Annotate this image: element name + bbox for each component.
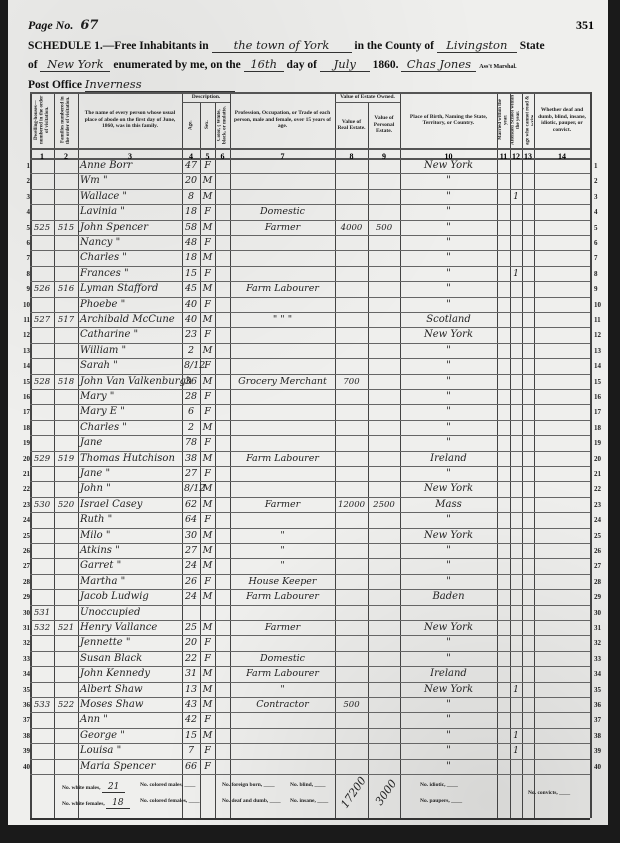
school-mark: 1	[512, 683, 520, 697]
age: 78	[184, 436, 198, 450]
person-name: Phoebe "	[80, 298, 180, 312]
sex: F	[202, 467, 213, 481]
row-number: 29	[10, 593, 30, 601]
row-number: 38	[10, 732, 30, 740]
post-office-line: Post Office Inverness	[28, 77, 235, 92]
sex: M	[202, 559, 213, 573]
dwelling-number: 529	[32, 452, 52, 466]
sex: F	[202, 205, 213, 219]
person-name: Albert Shaw	[80, 683, 180, 697]
personal-estate-value: 500	[370, 221, 398, 235]
column-header-11: Married within the year.	[498, 94, 509, 146]
row-number: 21	[10, 470, 30, 478]
row-number: 30	[10, 609, 30, 617]
row-number: 9	[594, 285, 614, 293]
row-number: 22	[594, 485, 614, 493]
birthplace: Ireland	[402, 452, 495, 466]
birthplace: "	[402, 251, 495, 265]
family-number: 521	[56, 621, 76, 635]
sex: F	[202, 436, 213, 450]
header-rule	[30, 148, 590, 150]
birthplace: "	[402, 760, 495, 774]
month-field: July	[320, 57, 370, 72]
row-number: 15	[10, 378, 30, 386]
column-header-12: Attended School within the year.	[511, 94, 521, 146]
row-number: 26	[10, 547, 30, 555]
column-rule	[534, 92, 535, 818]
person-name: Garret "	[80, 559, 180, 573]
row-number: 37	[594, 716, 614, 724]
age: 47	[184, 159, 198, 173]
row-number: 28	[10, 578, 30, 586]
birthplace: Scotland	[402, 313, 495, 327]
school-mark: 1	[512, 267, 520, 281]
person-name: Unoccupied	[80, 606, 180, 620]
sex: M	[202, 544, 213, 558]
occupation: House Keeper	[232, 575, 333, 589]
person-name: Wm "	[80, 174, 180, 188]
person-name: Henry Vallance	[80, 621, 180, 635]
row-number: 27	[594, 562, 614, 570]
row-number: 1	[594, 162, 614, 170]
age: 40	[184, 313, 198, 327]
row-number: 40	[594, 763, 614, 771]
stamped-page-number: 351	[576, 18, 594, 33]
person-name: Lavinia "	[80, 205, 180, 219]
sex: F	[202, 744, 213, 758]
sex: F	[202, 760, 213, 774]
row-number: 10	[594, 301, 614, 309]
person-name: Wallace "	[80, 190, 180, 204]
row-number: 38	[594, 732, 614, 740]
person-name: Atkins "	[80, 544, 180, 558]
sex: M	[202, 190, 213, 204]
idiotic: No. idiotic, ____	[420, 782, 458, 788]
blind: No. blind, ____	[290, 782, 325, 788]
birthplace: "	[402, 267, 495, 281]
row-number: 26	[594, 547, 614, 555]
page-number-value: 67	[80, 18, 98, 33]
row-number: 3	[10, 193, 30, 201]
row-number: 2	[594, 177, 614, 185]
sex: M	[202, 683, 213, 697]
real-estate-value: 700	[337, 375, 366, 389]
column-rule	[400, 92, 401, 818]
row-number: 34	[594, 670, 614, 678]
person-name: Charles "	[80, 421, 180, 435]
row-number: 11	[10, 316, 30, 324]
column-header-14: Whether deaf and dumb, blind, insane, id…	[535, 94, 589, 146]
person-name: John Spencer	[80, 221, 180, 235]
row-number: 32	[10, 639, 30, 647]
description-group-header: Description.	[182, 94, 230, 101]
age: 18	[184, 251, 198, 265]
person-name: Archibald McCune	[80, 313, 180, 327]
sex: F	[202, 713, 213, 727]
dwelling-number: 525	[32, 221, 52, 235]
occupation: Farm Labourer	[232, 282, 333, 296]
row-number: 7	[10, 254, 30, 262]
row-number: 11	[594, 316, 614, 324]
age: 66	[184, 760, 198, 774]
age: 2	[184, 421, 198, 435]
occupation: Grocery Merchant	[232, 375, 333, 389]
scan-border	[0, 825, 620, 843]
sex: F	[202, 513, 213, 527]
birthplace: "	[402, 729, 495, 743]
row-number: 28	[594, 578, 614, 586]
row-number: 32	[594, 639, 614, 647]
table-bottom-rule	[30, 818, 590, 820]
sex: M	[202, 313, 213, 327]
row-number: 9	[10, 285, 30, 293]
person-name: Ruth "	[80, 513, 180, 527]
row-number: 6	[10, 239, 30, 247]
row-number: 29	[594, 593, 614, 601]
row-number: 35	[594, 686, 614, 694]
age: 27	[184, 467, 198, 481]
column-rule	[522, 92, 523, 818]
age: 8/12	[184, 359, 198, 373]
column-number: 13	[522, 152, 534, 161]
birthplace: "	[402, 236, 495, 250]
person-name: Martha "	[80, 575, 180, 589]
age: 25	[184, 621, 198, 635]
sex: M	[202, 698, 213, 712]
birthplace: "	[402, 744, 495, 758]
sex: M	[202, 251, 213, 265]
column-rule	[368, 102, 369, 818]
school-mark: 1	[512, 190, 520, 204]
column-header-10: Place of Birth, Naming the State, Territ…	[401, 94, 496, 146]
column-header-1: Dwelling-houses—numbered in the order of…	[31, 94, 53, 146]
value-group-header: Value of Estate Owned.	[335, 94, 400, 101]
sex: F	[202, 267, 213, 281]
occupation: Domestic	[232, 652, 333, 666]
row-number: 30	[594, 609, 614, 617]
occupation: "	[232, 529, 333, 543]
sex: M	[202, 221, 213, 235]
age: 40	[184, 298, 198, 312]
row-number: 22	[10, 485, 30, 493]
row-number: 7	[594, 254, 614, 262]
column-rule	[335, 92, 336, 818]
age: 48	[184, 236, 198, 250]
row-number: 13	[10, 347, 30, 355]
person-name: Jane	[80, 436, 180, 450]
occupation: Farmer	[232, 221, 333, 235]
person-name: Frances "	[80, 267, 180, 281]
dwelling-number: 531	[32, 606, 52, 620]
dwelling-number: 530	[32, 498, 52, 512]
sex: M	[202, 667, 213, 681]
family-number: 519	[56, 452, 76, 466]
occupation: Farm Labourer	[232, 590, 333, 604]
occupation: Farm Labourer	[232, 667, 333, 681]
row-number: 6	[594, 239, 614, 247]
sex: F	[202, 636, 213, 650]
row-number: 16	[10, 393, 30, 401]
column-header-2: Families numbered in the order of visita…	[55, 94, 77, 146]
personal-estate-value: 2500	[370, 498, 398, 512]
age: 22	[184, 652, 198, 666]
age: 2	[184, 344, 198, 358]
birthplace: "	[402, 174, 495, 188]
row-number: 24	[594, 516, 614, 524]
column-number: 9	[368, 152, 400, 161]
row-number: 5	[594, 224, 614, 232]
row-number: 23	[594, 501, 614, 509]
column-number: 14	[534, 152, 590, 161]
school-mark: 1	[512, 729, 520, 743]
column-header-6: Color, { White, black, or mulatto.	[216, 104, 229, 146]
birthplace: Mass	[402, 498, 495, 512]
row-number: 23	[10, 501, 30, 509]
row-number: 1	[10, 162, 30, 170]
family-number: 516	[56, 282, 76, 296]
age: 20	[184, 636, 198, 650]
age: 30	[184, 529, 198, 543]
row-number: 36	[594, 701, 614, 709]
age: 8/12	[184, 482, 198, 496]
real-estate-value: 500	[337, 698, 366, 712]
occupation: Contractor	[232, 698, 333, 712]
column-header-5: Sex.	[201, 104, 214, 146]
foreign-born: No. foreign born, ____	[222, 782, 275, 788]
row-number: 17	[10, 408, 30, 416]
age: 20	[184, 174, 198, 188]
person-name: Thomas Hutchison	[80, 452, 180, 466]
sex: F	[202, 405, 213, 419]
person-name: John "	[80, 482, 180, 496]
sex: M	[202, 498, 213, 512]
age: 31	[184, 667, 198, 681]
sex: F	[202, 390, 213, 404]
marshal-field: Chas Jones	[401, 57, 476, 72]
sex: M	[202, 590, 213, 604]
birthplace: New York	[402, 328, 495, 342]
column-header-4: Age.	[183, 104, 199, 146]
state-field: New York	[40, 57, 110, 72]
person-name: Israel Casey	[80, 498, 180, 512]
column-rule	[590, 92, 592, 818]
birthplace: New York	[402, 159, 495, 173]
sex: M	[202, 174, 213, 188]
insane: No. insane, ____	[290, 798, 328, 804]
occupation: Domestic	[232, 205, 333, 219]
column-rule	[510, 92, 511, 818]
age: 64	[184, 513, 198, 527]
column-rule	[78, 92, 79, 818]
birthplace: "	[402, 190, 495, 204]
birthplace: Ireland	[402, 667, 495, 681]
birthplace: "	[402, 375, 495, 389]
column-header-3: The name of every person whose usual pla…	[79, 94, 181, 146]
person-name: William "	[80, 344, 180, 358]
birthplace: "	[402, 405, 495, 419]
birthplace: "	[402, 698, 495, 712]
occupation: Farm Labourer	[232, 452, 333, 466]
birthplace: "	[402, 652, 495, 666]
birthplace: "	[402, 513, 495, 527]
occupation: Farmer	[232, 621, 333, 635]
white-males-count: No. white males, 21	[62, 782, 125, 792]
age: 36	[184, 375, 198, 389]
person-name: Jennette "	[80, 636, 180, 650]
row-number: 25	[10, 532, 30, 540]
sex: F	[202, 159, 213, 173]
birthplace: New York	[402, 683, 495, 697]
occupation: "	[232, 559, 333, 573]
sex: M	[202, 621, 213, 635]
row-number: 27	[10, 562, 30, 570]
age: 23	[184, 328, 198, 342]
row-number: 10	[10, 301, 30, 309]
age: 15	[184, 267, 198, 281]
family-number: 522	[56, 698, 76, 712]
person-name: Anne Borr	[80, 159, 180, 173]
row-number: 12	[594, 331, 614, 339]
row-number: 33	[10, 655, 30, 663]
occupation: "	[232, 544, 333, 558]
occupation: "	[232, 683, 333, 697]
column-number: 12	[510, 152, 522, 161]
post-office-field: Inverness	[85, 77, 235, 92]
sex: F	[202, 298, 213, 312]
column-header-7: Profession, Occupation, or Trade of each…	[231, 94, 334, 146]
row-number: 4	[594, 208, 614, 216]
convicts: No. convicts, ____	[528, 790, 570, 796]
column-header-13: Persons over 20 y'rs of age who cannot r…	[523, 94, 533, 146]
occupation: " " "	[232, 313, 333, 327]
birthplace: "	[402, 221, 495, 235]
age: 6	[184, 405, 198, 419]
birthplace: "	[402, 713, 495, 727]
person-name: Jacob Ludwig	[80, 590, 180, 604]
sex: M	[202, 421, 213, 435]
column-number: 1	[30, 152, 54, 161]
row-number: 35	[10, 686, 30, 694]
day-field: 16th	[244, 57, 284, 72]
dwelling-number: 528	[32, 375, 52, 389]
birthplace: "	[402, 344, 495, 358]
row-number: 39	[10, 747, 30, 755]
column-number: 6	[215, 152, 230, 161]
sex: M	[202, 482, 213, 496]
age: 43	[184, 698, 198, 712]
age: 62	[184, 498, 198, 512]
birthplace: "	[402, 390, 495, 404]
birthplace: "	[402, 636, 495, 650]
family-number: 520	[56, 498, 76, 512]
sex: F	[202, 236, 213, 250]
person-name: Moses Shaw	[80, 698, 180, 712]
birthplace: "	[402, 359, 495, 373]
row-number: 3	[594, 193, 614, 201]
row-number: 14	[594, 362, 614, 370]
age: 24	[184, 590, 198, 604]
family-number: 515	[56, 221, 76, 235]
real-estate-value: 12000	[337, 498, 366, 512]
column-number: 2	[54, 152, 78, 161]
birthplace: Baden	[402, 590, 495, 604]
age: 38	[184, 452, 198, 466]
row-number: 20	[594, 455, 614, 463]
person-name: John Kennedy	[80, 667, 180, 681]
person-name: Susan Black	[80, 652, 180, 666]
dwelling-number: 527	[32, 313, 52, 327]
person-name: Milo "	[80, 529, 180, 543]
sex: M	[202, 344, 213, 358]
person-name: Catharine "	[80, 328, 180, 342]
row-number: 31	[10, 624, 30, 632]
age: 13	[184, 683, 198, 697]
row-number: 8	[10, 270, 30, 278]
row-number: 2	[10, 177, 30, 185]
row-number: 34	[10, 670, 30, 678]
birthplace: New York	[402, 621, 495, 635]
row-number: 16	[594, 393, 614, 401]
birthplace: "	[402, 436, 495, 450]
person-name: Jane "	[80, 467, 180, 481]
paupers: No. paupers, ____	[420, 798, 462, 804]
birthplace: "	[402, 421, 495, 435]
person-name: Louisa "	[80, 744, 180, 758]
birthplace: "	[402, 467, 495, 481]
row-number: 36	[10, 701, 30, 709]
row-number: 13	[594, 347, 614, 355]
white-females-count: No. white females, 18	[62, 798, 130, 808]
age: 18	[184, 205, 198, 219]
sex: M	[202, 729, 213, 743]
column-rule	[215, 102, 216, 818]
birthplace: New York	[402, 482, 495, 496]
page-number: Page No. 67	[28, 18, 98, 33]
school-mark: 1	[512, 744, 520, 758]
person-name: Sarah "	[80, 359, 180, 373]
row-number: 40	[10, 763, 30, 771]
colored-females: No. colored females, ____	[140, 798, 200, 804]
row-number: 18	[594, 424, 614, 432]
person-name: Lyman Stafford	[80, 282, 180, 296]
family-number: 518	[56, 375, 76, 389]
dwelling-number: 526	[32, 282, 52, 296]
row-number: 19	[594, 439, 614, 447]
birthplace: "	[402, 544, 495, 558]
age: 26	[184, 575, 198, 589]
person-name: Maria Spencer	[80, 760, 180, 774]
sex: F	[202, 652, 213, 666]
column-header-8: Value of Real Estate.	[336, 104, 367, 146]
column-rule	[200, 102, 201, 818]
age: 28	[184, 390, 198, 404]
row-number: 14	[10, 362, 30, 370]
sex: M	[202, 529, 213, 543]
person-name: Ann "	[80, 713, 180, 727]
row-number: 18	[10, 424, 30, 432]
group-rule	[335, 102, 400, 103]
row-number: 31	[594, 624, 614, 632]
sex: M	[202, 452, 213, 466]
group-rule	[182, 102, 230, 103]
row-number: 15	[594, 378, 614, 386]
column-number: 8	[335, 152, 368, 161]
dwelling-number: 533	[32, 698, 52, 712]
schedule-line: SCHEDULE 1.—Free Inhabitants in the town…	[28, 38, 608, 53]
age: 45	[184, 282, 198, 296]
birthplace: "	[402, 575, 495, 589]
row-number: 8	[594, 270, 614, 278]
